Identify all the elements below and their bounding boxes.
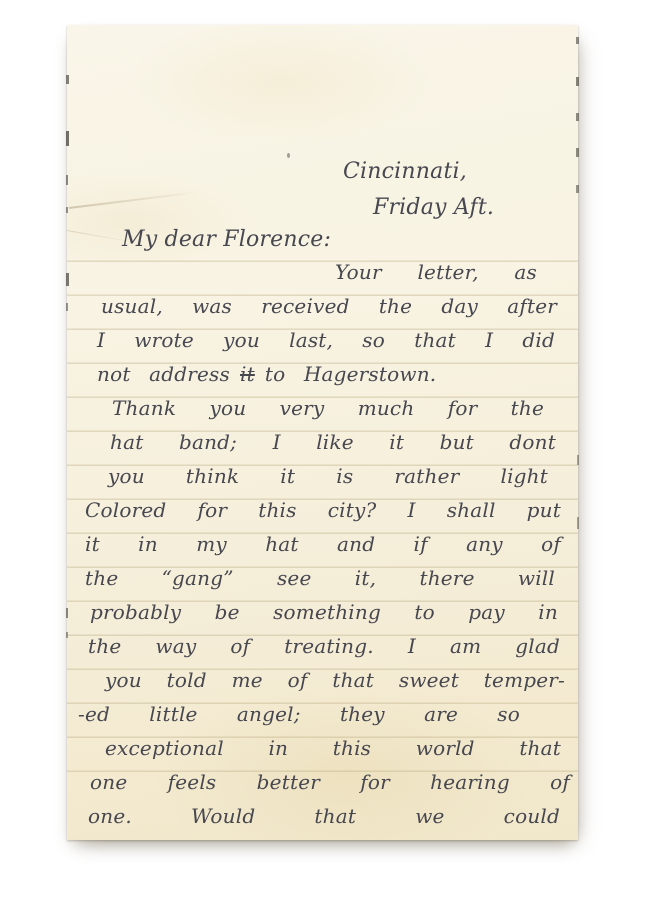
- letter-place-line: Cincinnati,: [343, 158, 467, 186]
- paper-edge-mark: [576, 77, 579, 86]
- paper-edge-mark: [66, 207, 68, 213]
- letter-line: Your letter, as: [335, 260, 537, 285]
- crease-line: [69, 191, 200, 209]
- paper-edge-mark: [66, 303, 68, 311]
- letter-scan: Cincinnati, Friday Aft. My dear Florence…: [0, 0, 655, 900]
- paper-edge-mark: [576, 185, 579, 193]
- letter-salutation: My dear Florence:: [122, 226, 331, 254]
- letter-line: you told me of that sweet temper-: [105, 668, 565, 693]
- letter-line: you think it is rather light: [108, 464, 548, 489]
- letter-line-with-strikethrough: not addressitto Hagerstown.: [97, 362, 436, 387]
- struck-word: it: [240, 362, 255, 386]
- paper-edge-mark: [66, 273, 69, 286]
- letter-line-text: not address: [97, 362, 230, 386]
- letter-line: Thank you very much for the: [112, 396, 544, 421]
- paper-edge-mark: [577, 455, 579, 465]
- letter-line: Colored for this city? I shall put: [85, 498, 561, 523]
- letter-line: -ed little angel; they are so: [78, 702, 520, 727]
- letter-line: hat band; I like it but dont: [110, 430, 556, 455]
- letter-line: I wrote you last, so that I did: [97, 328, 555, 353]
- letter-line: the “gang” see it, there will: [85, 566, 555, 591]
- letter-line: one feels better for hearing of: [90, 770, 570, 795]
- paper-edge-mark: [576, 37, 579, 44]
- paper-edge-mark: [576, 148, 579, 157]
- letter-date-line: Friday Aft.: [373, 194, 494, 222]
- paper-edge-mark: [66, 175, 68, 185]
- letter-line: usual, was received the day after: [101, 294, 557, 319]
- paper-edge-mark: [66, 75, 69, 84]
- letter-line: one. Would that we could: [88, 804, 560, 829]
- paper: Cincinnati, Friday Aft. My dear Florence…: [67, 25, 578, 840]
- letter-line-text: to Hagerstown.: [265, 362, 437, 386]
- paper-edge-mark: [66, 131, 69, 146]
- paper-edge-mark: [576, 113, 579, 121]
- paper-edge-mark: [66, 632, 68, 638]
- letter-line: exceptional in this world that: [105, 736, 561, 761]
- paper-edge-mark: [66, 608, 68, 618]
- letter-line: probably be something to pay in: [90, 600, 558, 625]
- letter-line: it in my hat and if any of: [85, 532, 561, 557]
- ink-speck: [287, 153, 290, 158]
- paper-edge-mark: [577, 517, 579, 529]
- letter-line: the way of treating. I am glad: [88, 634, 560, 659]
